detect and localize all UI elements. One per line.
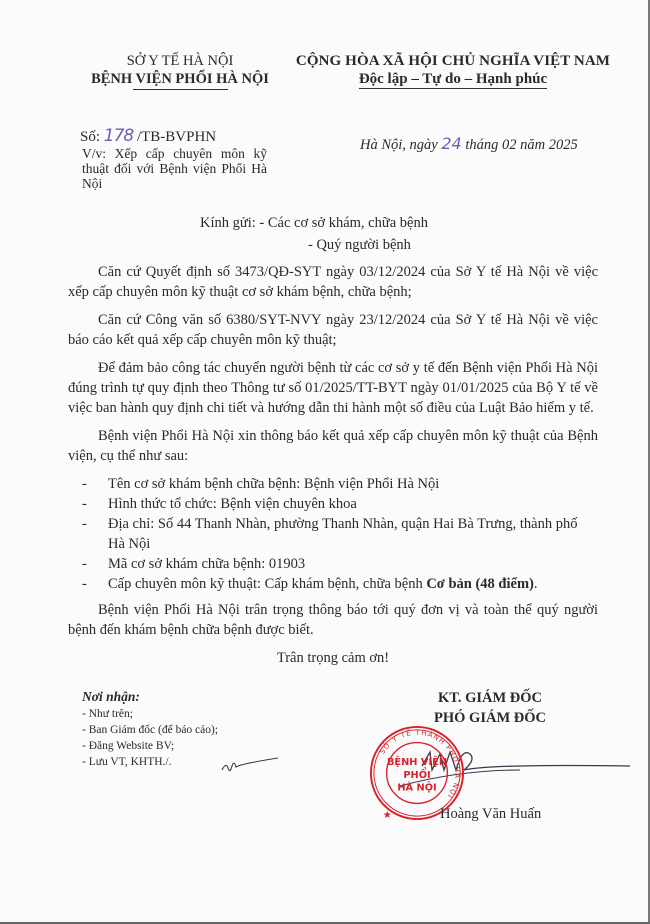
svg-text:BỆNH VIỆN: BỆNH VIỆN: [387, 755, 447, 768]
paragraph-basis-1: Căn cứ Quyết định số 3473/QĐ-SYT ngày 03…: [68, 262, 598, 302]
organization-name: BỆNH VIỆN PHỔI HÀ NỘI: [60, 70, 300, 88]
parent-organization: SỞ Y TẾ HÀ NỘI: [60, 52, 300, 70]
paragraph-notice: Bệnh viện Phổi Hà Nội trân trọng thông b…: [68, 600, 598, 640]
distribution-item: - Như trên;: [82, 706, 218, 722]
recipients-label: Kính gửi:: [200, 215, 256, 231]
doc-number-prefix: Số:: [80, 129, 100, 145]
list-item: Hình thức tổ chức: Bệnh viện chuyên khoa: [68, 494, 598, 514]
svg-text:★: ★: [383, 810, 392, 821]
distribution-title: Nơi nhận:: [82, 688, 218, 706]
signature-block: KT. GIÁM ĐỐC PHÓ GIÁM ĐỐC: [380, 688, 600, 728]
recipient-1: - Các cơ sở khám, chữa bệnh: [259, 215, 428, 231]
date-line: Hà Nội, ngày 24 tháng 02 năm 2025: [360, 134, 578, 154]
recipient-2: - Quý người bệnh: [200, 234, 428, 256]
initials-mark-icon: [220, 754, 280, 776]
date-prefix: Hà Nội, ngày: [360, 137, 438, 153]
svg-text:HÀ NỘI: HÀ NỘI: [397, 781, 436, 794]
paragraph-purpose: Để đảm bảo công tác chuyển người bệnh từ…: [68, 358, 598, 418]
distribution-item: - Đăng Website BV;: [82, 738, 218, 754]
nation-motto: Độc lập – Tự do – Hạnh phúc: [359, 70, 547, 89]
date-day-handwritten: 24: [441, 134, 461, 153]
paragraph-basis-2: Căn cứ Công văn số 6380/SYT-NVY ngày 23/…: [68, 310, 598, 350]
recipients-block: Kính gửi: - Các cơ sở khám, chữa bệnh - …: [200, 212, 428, 256]
technical-level-value: Cơ bản (48 điểm): [426, 576, 534, 592]
signer-name: Hoàng Văn Huấn: [440, 806, 541, 823]
document-body: Căn cứ Quyết định số 3473/QĐ-SYT ngày 03…: [68, 262, 598, 683]
closing-line: Trân trọng cảm ơn!: [68, 648, 598, 668]
technical-level-end: .: [534, 576, 538, 592]
distribution-item: - Lưu VT, KHTH./.: [82, 754, 218, 770]
list-item: Địa chỉ: Số 44 Thanh Nhàn, phường Thanh …: [68, 514, 598, 554]
date-suffix: tháng 02 năm 2025: [465, 137, 577, 153]
list-item: Cấp chuyên môn kỹ thuật: Cấp khám bệnh, …: [68, 574, 598, 594]
doc-number-suffix: /TB-BVPHN: [137, 129, 216, 145]
distribution-item: - Ban Giám đốc (để báo cáo);: [82, 722, 218, 738]
nation-title: CỘNG HÒA XÃ HỘI CHỦ NGHĨA VIỆT NAM: [288, 52, 618, 70]
document-page: SỞ Y TẾ HÀ NỘI BỆNH VIỆN PHỔI HÀ NỘI Số:…: [0, 0, 650, 924]
signer-role-1: KT. GIÁM ĐỐC: [380, 688, 600, 708]
list-item: Mã cơ sở khám chữa bệnh: 01903: [68, 554, 598, 574]
national-header: CỘNG HÒA XÃ HỘI CHỦ NGHĨA VIỆT NAM Độc l…: [288, 52, 618, 89]
details-list: Tên cơ sở khám bệnh chữa bệnh: Bệnh viện…: [68, 474, 598, 594]
distribution-list: Nơi nhận: - Như trên; - Ban Giám đốc (để…: [82, 688, 218, 770]
doc-number-handwritten: 178: [104, 126, 133, 146]
list-item: Tên cơ sở khám bệnh chữa bệnh: Bệnh viện…: [68, 474, 598, 494]
document-subject: V/v: Xếp cấp chuyên môn kỹ thuật đối với…: [82, 146, 267, 191]
org-underline: [133, 89, 228, 90]
paragraph-announcement: Bệnh viện Phổi Hà Nội xin thông báo kết …: [68, 426, 598, 466]
document-number: Số: 178 /TB-BVPHN: [80, 126, 216, 147]
technical-level-label: Cấp chuyên môn kỹ thuật: Cấp khám bệnh, …: [108, 576, 423, 592]
issuing-organization: SỞ Y TẾ HÀ NỘI BỆNH VIỆN PHỔI HÀ NỘI: [60, 52, 300, 90]
